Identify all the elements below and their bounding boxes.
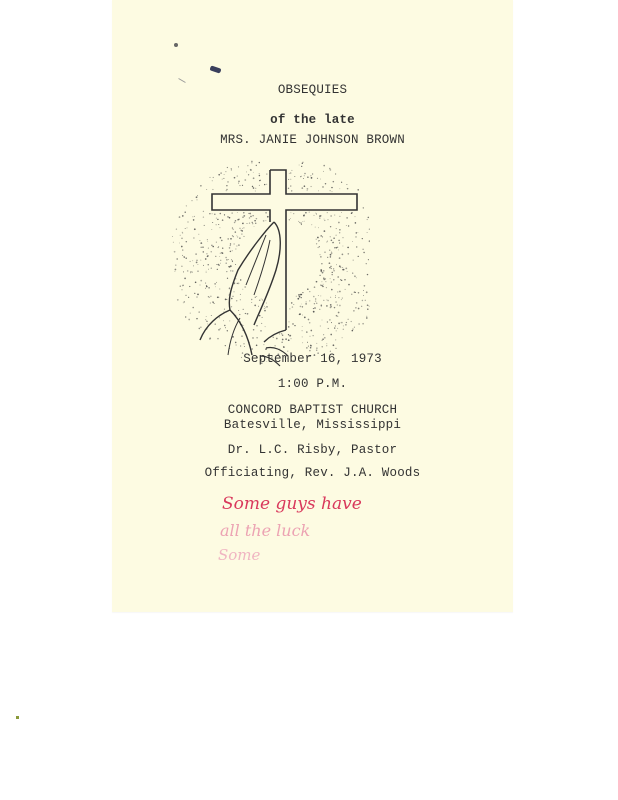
handwritten-note-line: Some guys have xyxy=(222,494,362,514)
praying-hands-cross-icon xyxy=(170,160,370,370)
church-location: Batesville, Mississippi xyxy=(112,418,513,432)
handwritten-note-line: Some xyxy=(218,546,260,564)
handwritten-note-line: all the luck xyxy=(220,521,310,540)
officiant-line: Officiating, Rev. J.A. Woods xyxy=(112,466,513,480)
service-date: September 16, 1973 xyxy=(112,352,513,366)
pastor-line: Dr. L.C. Risby, Pastor xyxy=(112,443,513,457)
program-title: OBSEQUIES xyxy=(112,83,513,97)
scan-speck xyxy=(16,716,19,719)
ink-speck xyxy=(209,65,221,73)
program-page: OBSEQUIES of the late MRS. JANIE JOHNSON… xyxy=(112,0,513,612)
deceased-name: MRS. JANIE JOHNSON BROWN xyxy=(112,133,513,147)
ink-speck xyxy=(174,43,178,47)
program-subtitle: of the late xyxy=(112,113,513,127)
service-time: 1:00 P.M. xyxy=(112,377,513,391)
church-name: CONCORD BAPTIST CHURCH xyxy=(112,403,513,417)
